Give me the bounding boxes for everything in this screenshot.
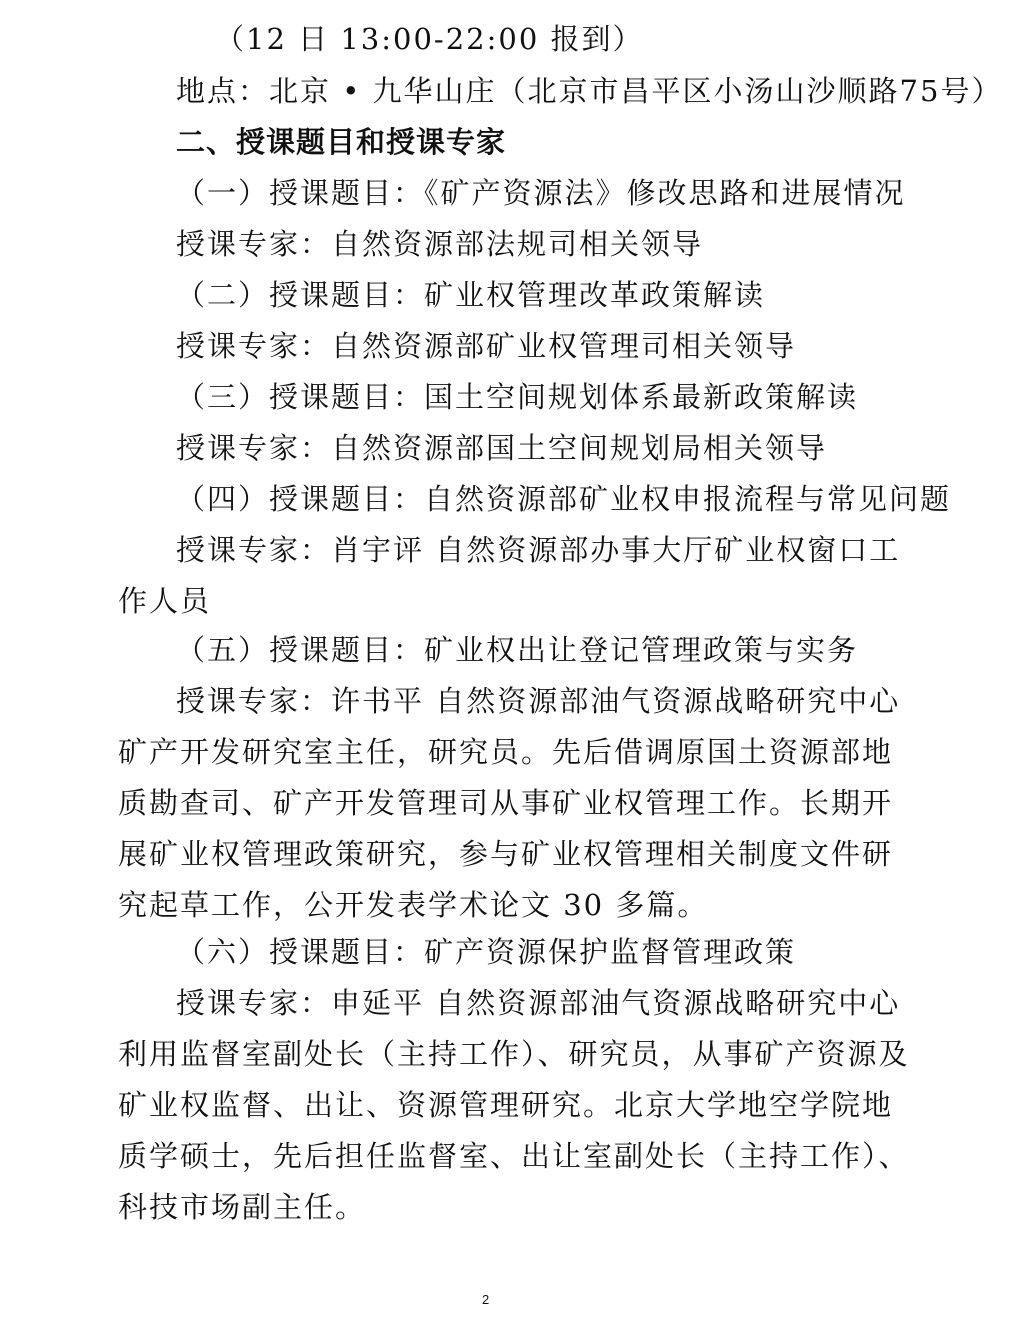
course-6-expert-line-1: 授课专家：申延平 自然资源部油气资源战略研究中心 — [176, 986, 900, 1020]
course-6-expert-line-4: 质学硕士，先后担任监督室、出让室副处长（主持工作）、 — [118, 1139, 858, 1173]
course-5-expert-line-4: 展矿业权管理政策研究，参与矿业权管理相关制度文件研 — [118, 837, 858, 871]
course-5-expert-line-2: 矿产开发研究室主任，研究员。先后借调原国土资源部地 — [118, 735, 858, 769]
course-6-expert-line-3: 矿业权监督、出让、资源管理研究。北京大学地空学院地 — [118, 1088, 858, 1122]
location: 地点：北京 • 九华山庄（北京市昌平区小汤山沙顺路75号） — [176, 74, 1002, 108]
course-2-topic: （二）授课题目：矿业权管理改革政策解读 — [176, 278, 765, 312]
course-5-expert-line-3: 质勘查司、矿产开发管理司从事矿业权管理工作。长期开 — [118, 786, 858, 820]
page-number: 2 — [482, 1292, 489, 1307]
course-6-expert-line-2: 利用监督室副处长（主持工作）、研究员，从事矿产资源及 — [118, 1037, 858, 1071]
course-3-topic: （三）授课题目：国土空间规划体系最新政策解读 — [176, 380, 858, 414]
course-3-expert: 授课专家：自然资源部国土空间规划局相关领导 — [176, 431, 827, 465]
course-4-topic: （四）授课题目：自然资源部矿业权申报流程与常见问题 — [176, 482, 951, 516]
course-6-topic: （六）授课题目：矿产资源保护监督管理政策 — [176, 935, 796, 969]
course-4-expert-line-1: 授课专家：肖宇评 自然资源部办事大厅矿业权窗口工 — [176, 533, 900, 567]
course-6-expert-line-5: 科技市场副主任。 — [118, 1190, 366, 1224]
section-heading: 二、授课题目和授课专家 — [176, 125, 506, 159]
checkin-time: （12 日 13:00-22:00 报到） — [215, 22, 644, 56]
course-4-expert-line-2: 作人员 — [118, 584, 211, 618]
course-5-expert-line-1: 授课专家：许书平 自然资源部油气资源战略研究中心 — [176, 684, 900, 718]
course-1-expert: 授课专家：自然资源部法规司相关领导 — [176, 227, 703, 261]
course-1-topic: （一）授课题目：《矿产资源法》修改思路和进展情况 — [176, 176, 906, 210]
course-5-topic: （五）授课题目：矿业权出让登记管理政策与实务 — [176, 633, 858, 667]
course-2-expert: 授课专家：自然资源部矿业权管理司相关领导 — [176, 329, 796, 363]
course-5-expert-line-5: 究起草工作，公开发表学术论文 30 多篇。 — [118, 888, 708, 922]
